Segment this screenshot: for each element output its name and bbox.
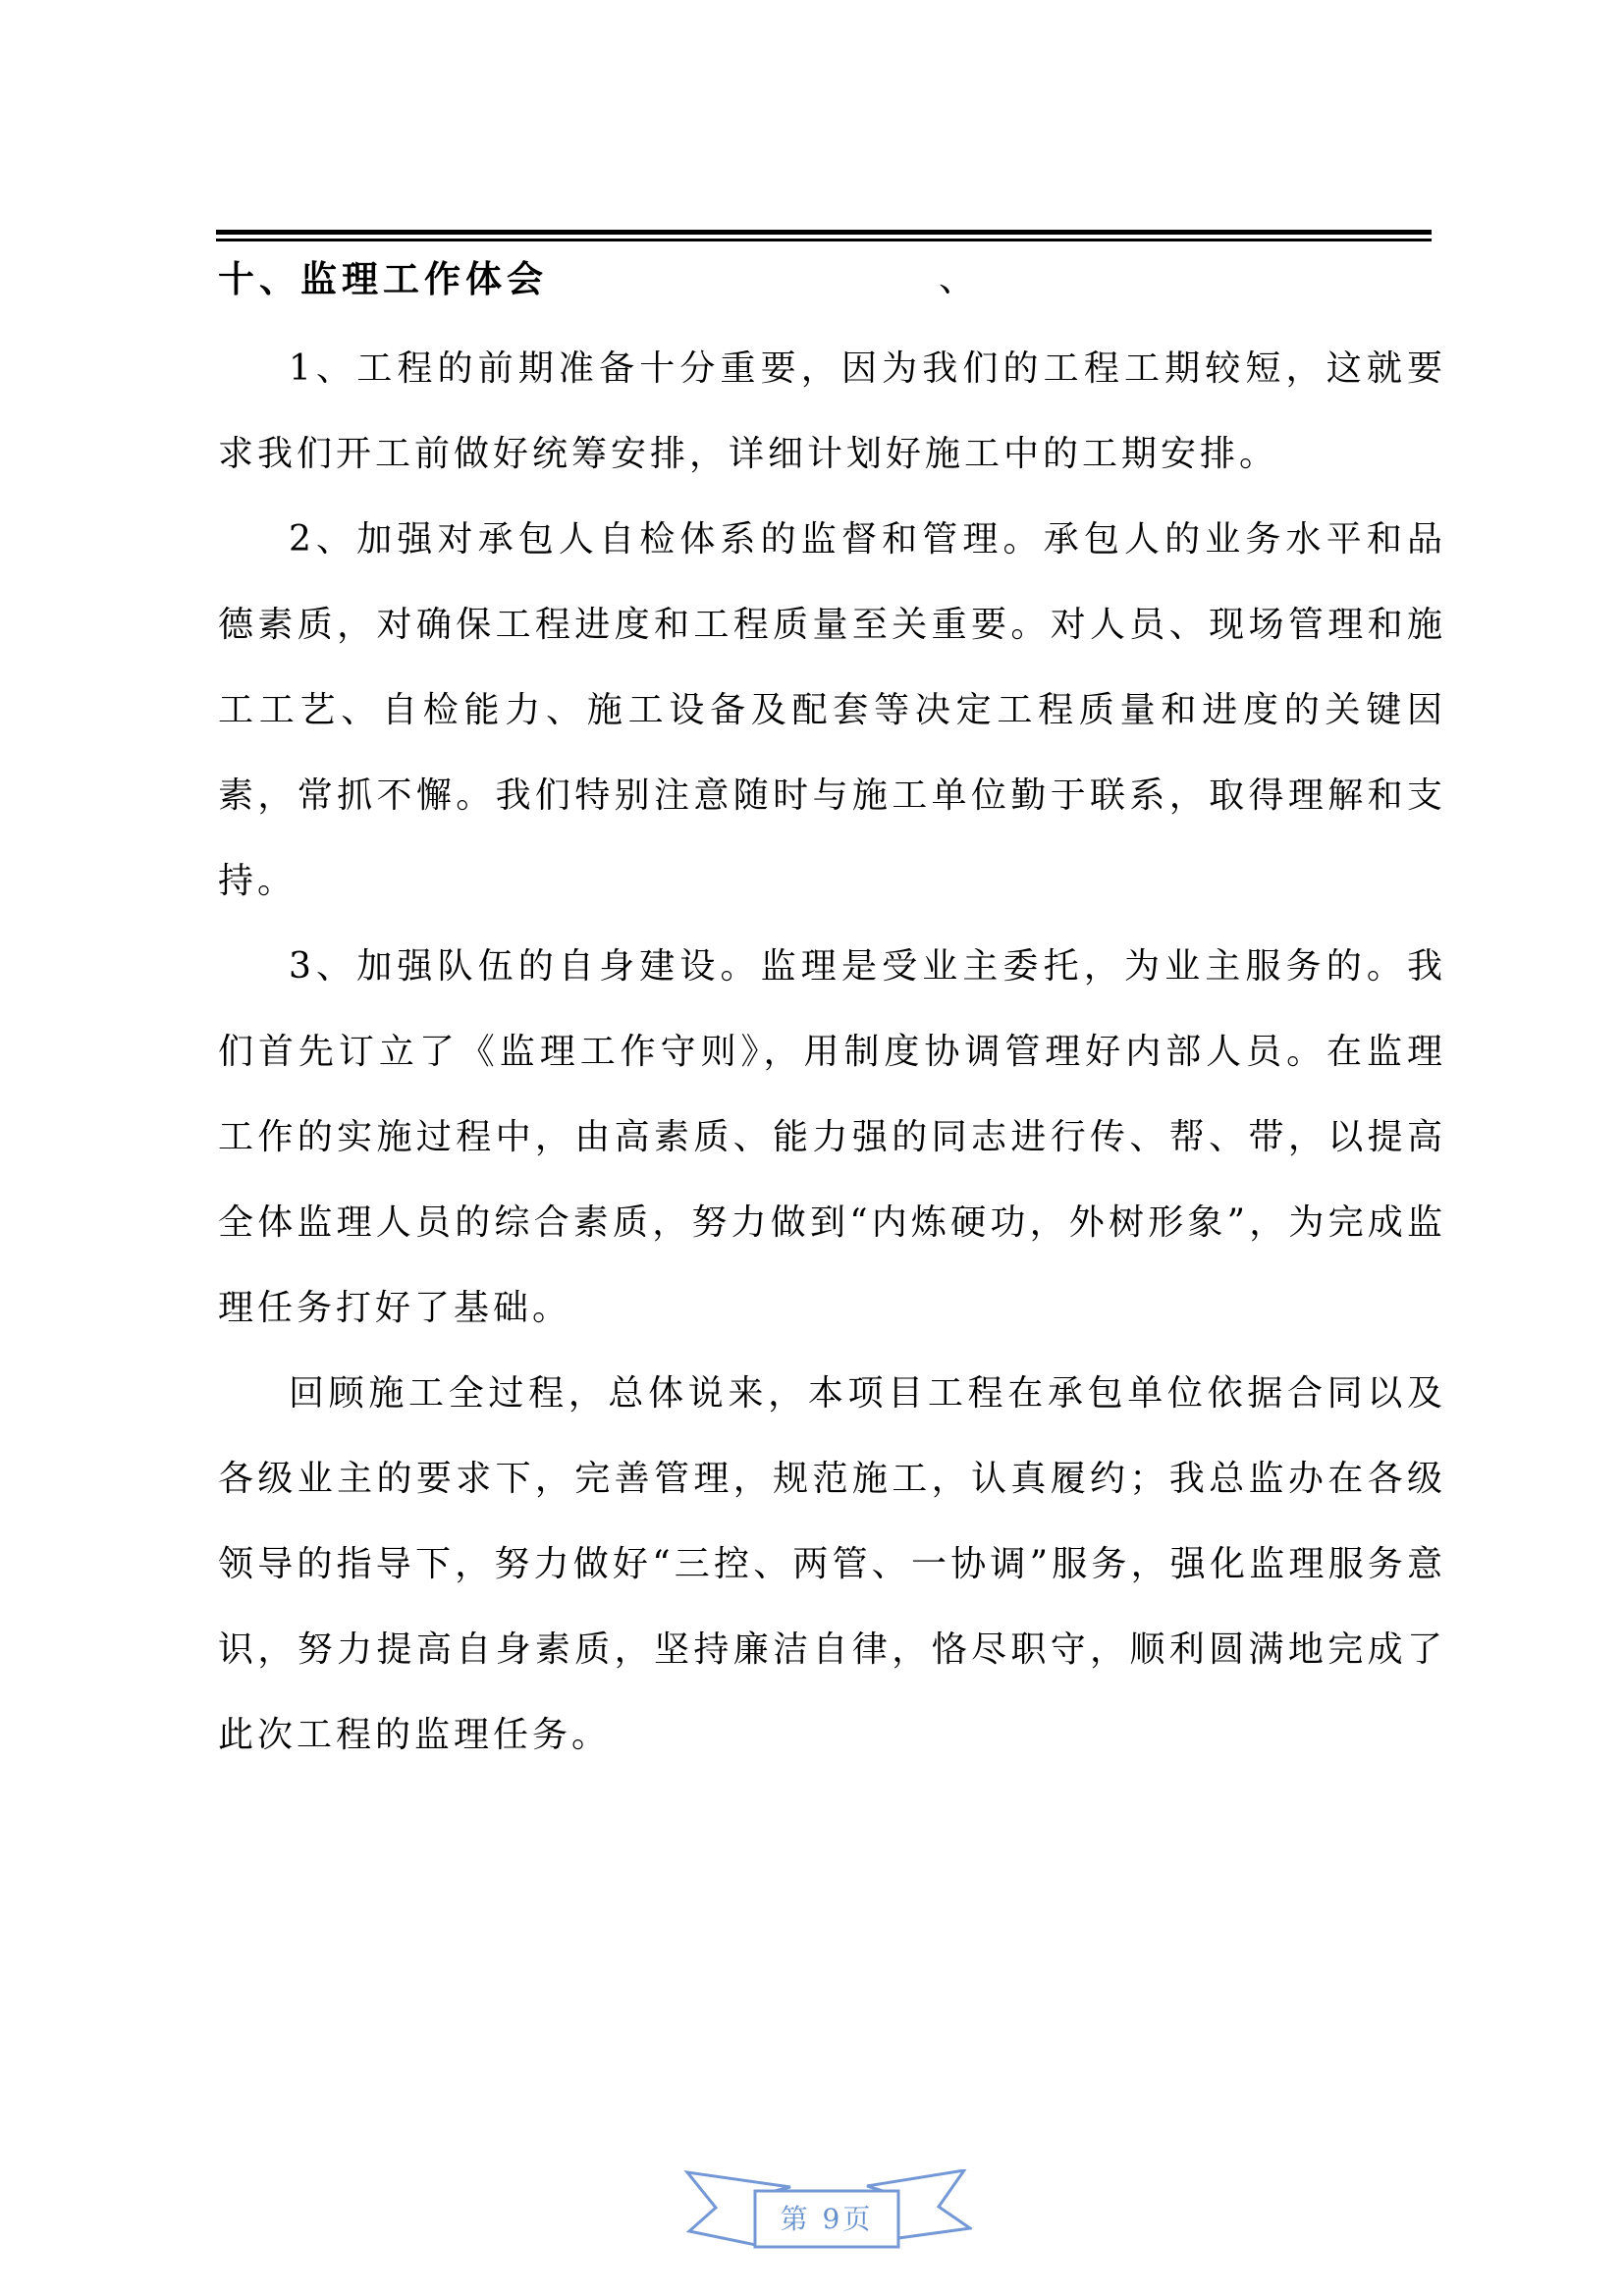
page-number: 第 9页 xyxy=(781,2203,874,2235)
paragraph-2: 2、加强对承包人自检体系的监督和管理。承包人的业务水平和品德素质，对确保工程进度… xyxy=(218,497,1446,924)
stray-punctuation-mark: 、 xyxy=(939,257,975,300)
page-title: 十、监理工作体会 xyxy=(218,257,548,300)
body-paragraphs: 1、工程的前期准备十分重要，因为我们的工程工期较短，这就要求我们开工前做好统筹安… xyxy=(218,326,1446,1778)
paragraph-3: 3、加强队伍的自身建设。监理是受业主委托，为业主服务的。我们首先订立了《监理工作… xyxy=(218,924,1446,1351)
page-number-ribbon: 第 9页 xyxy=(682,2169,972,2253)
header-double-rule xyxy=(216,230,1432,241)
paragraph-4: 回顾施工全过程，总体说来，本项目工程在承包单位依据合同以及各级业主的要求下，完善… xyxy=(218,1351,1446,1778)
paragraph-1: 1、工程的前期准备十分重要，因为我们的工程工期较短，这就要求我们开工前做好统筹安… xyxy=(218,326,1446,497)
ribbon-banner-icon: 第 9页 xyxy=(682,2169,972,2253)
